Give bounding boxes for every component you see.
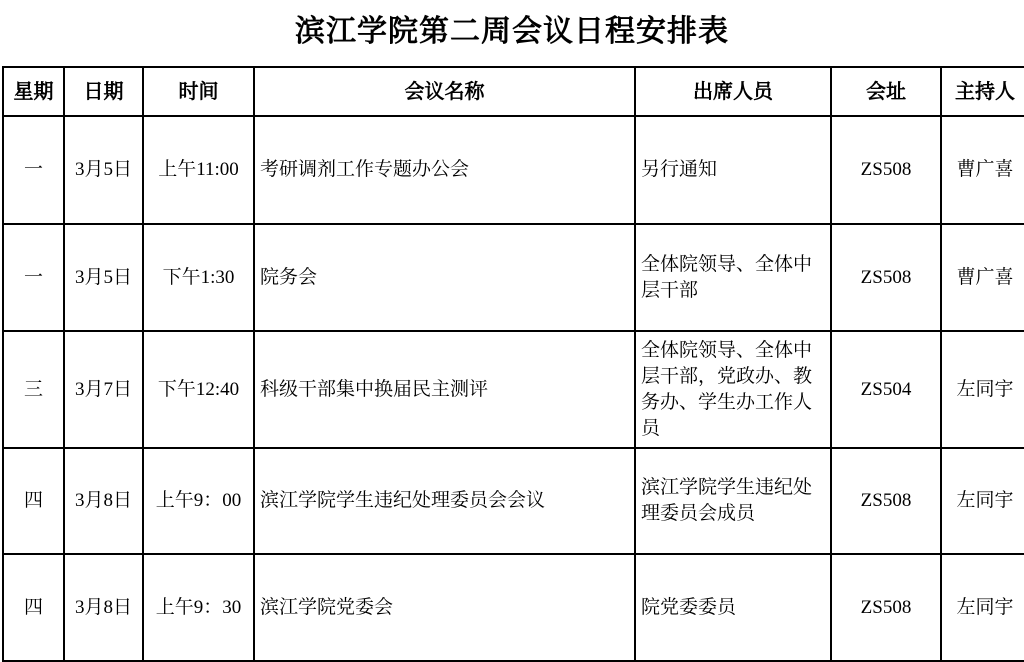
date-cell: 3月5日 xyxy=(64,116,143,224)
schedule-page: 滨江学院第二周会议日程安排表 星期 日期 时间 会议名称 出席人员 会址 主持人… xyxy=(0,0,1024,662)
weekday-cell: 四 xyxy=(3,554,64,661)
meeting-cell: 考研调剂工作专题办公会 xyxy=(254,116,635,224)
header-weekday: 星期 xyxy=(3,67,64,116)
meeting-cell: 滨江学院党委会 xyxy=(254,554,635,661)
meeting-cell: 院务会 xyxy=(254,224,635,331)
attendees-cell: 滨江学院学生违纪处理委员会成员 xyxy=(635,448,831,554)
attendees-cell: 全体院领导、全体中层干部，党政办、教务办、学生办工作人员 xyxy=(635,331,831,448)
table-row: 一 3月5日 下午1:30 院务会 全体院领导、全体中层干部 ZS508 曹广喜 xyxy=(3,224,1024,331)
date-cell: 3月8日 xyxy=(64,554,143,661)
attendees-cell: 全体院领导、全体中层干部 xyxy=(635,224,831,331)
venue-cell: ZS508 xyxy=(831,224,941,331)
time-cell: 下午1:30 xyxy=(143,224,254,331)
attendees-cell: 院党委委员 xyxy=(635,554,831,661)
host-cell: 曹广喜 xyxy=(941,116,1024,224)
meeting-cell: 科级干部集中换届民主测评 xyxy=(254,331,635,448)
table-row: 三 3月7日 下午12:40 科级干部集中换届民主测评 全体院领导、全体中层干部… xyxy=(3,331,1024,448)
table-row: 四 3月8日 上午9：00 滨江学院学生违纪处理委员会会议 滨江学院学生违纪处理… xyxy=(3,448,1024,554)
date-cell: 3月5日 xyxy=(64,224,143,331)
weekday-cell: 一 xyxy=(3,116,64,224)
date-cell: 3月7日 xyxy=(64,331,143,448)
venue-cell: ZS508 xyxy=(831,448,941,554)
venue-cell: ZS508 xyxy=(831,554,941,661)
header-venue: 会址 xyxy=(831,67,941,116)
header-meeting: 会议名称 xyxy=(254,67,635,116)
meeting-schedule-table: 星期 日期 时间 会议名称 出席人员 会址 主持人 一 3月5日 上午11:00… xyxy=(2,66,1024,662)
host-cell: 左同宇 xyxy=(941,331,1024,448)
host-cell: 曹广喜 xyxy=(941,224,1024,331)
meeting-cell: 滨江学院学生违纪处理委员会会议 xyxy=(254,448,635,554)
header-date: 日期 xyxy=(64,67,143,116)
time-cell: 上午9：30 xyxy=(143,554,254,661)
header-attendees: 出席人员 xyxy=(635,67,831,116)
time-cell: 下午12:40 xyxy=(143,331,254,448)
page-title: 滨江学院第二周会议日程安排表 xyxy=(0,6,1024,50)
header-row: 星期 日期 时间 会议名称 出席人员 会址 主持人 xyxy=(3,67,1024,116)
attendees-cell: 另行通知 xyxy=(635,116,831,224)
date-cell: 3月8日 xyxy=(64,448,143,554)
weekday-cell: 四 xyxy=(3,448,64,554)
time-cell: 上午11:00 xyxy=(143,116,254,224)
header-host: 主持人 xyxy=(941,67,1024,116)
header-time: 时间 xyxy=(143,67,254,116)
weekday-cell: 一 xyxy=(3,224,64,331)
venue-cell: ZS508 xyxy=(831,116,941,224)
host-cell: 左同宇 xyxy=(941,448,1024,554)
table-row: 一 3月5日 上午11:00 考研调剂工作专题办公会 另行通知 ZS508 曹广… xyxy=(3,116,1024,224)
time-cell: 上午9：00 xyxy=(143,448,254,554)
table-row: 四 3月8日 上午9：30 滨江学院党委会 院党委委员 ZS508 左同宇 xyxy=(3,554,1024,661)
venue-cell: ZS504 xyxy=(831,331,941,448)
host-cell: 左同宇 xyxy=(941,554,1024,661)
weekday-cell: 三 xyxy=(3,331,64,448)
